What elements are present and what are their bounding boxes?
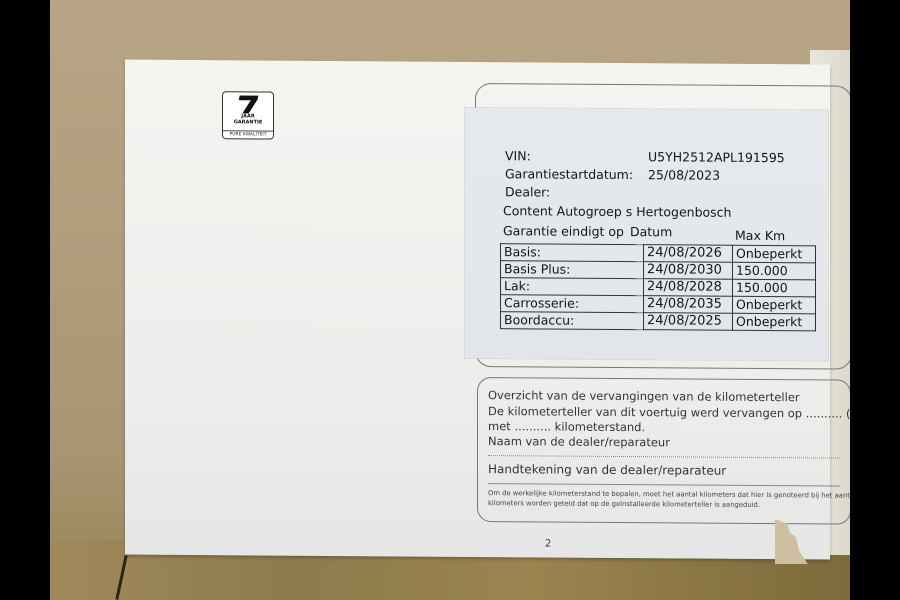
- table-header-type: Garantie eindigt op: [503, 223, 624, 239]
- logo-line1: JAAR GARANTIE: [229, 113, 267, 125]
- page-number: 2: [545, 538, 551, 549]
- warranty-type: Lak:: [501, 278, 644, 296]
- warranty-type: Basis:: [501, 244, 644, 262]
- odometer-line2: De kilometerteller van dit voertuig werd…: [488, 404, 850, 421]
- warranty-type: Carrosserie:: [501, 295, 644, 313]
- warranty-table: Basis:24/08/2026OnbeperktBasis Plus:24/0…: [500, 243, 816, 331]
- torn-page-corner: [775, 519, 835, 564]
- odometer-replacement-box: Overzicht van de vervangingen van de kil…: [477, 377, 850, 525]
- table-row: Basis:24/08/2026Onbeperkt: [501, 244, 816, 263]
- warranty-logo: 7 JAAR GARANTIE PURE KWALITEIT: [222, 91, 274, 139]
- odometer-title: Overzicht van de vervangingen van de kil…: [488, 388, 800, 404]
- table-row: Lak:24/08/2028150.000: [501, 278, 816, 297]
- end-date: 24/08/2026: [644, 245, 733, 263]
- odometer-line3: met .......... kilometerstand.: [488, 419, 645, 434]
- max-km: Onbeperkt: [733, 313, 816, 331]
- warranty-booklet-page: 7 JAAR GARANTIE PURE KWALITEIT VIN: U5YH…: [125, 60, 830, 560]
- date-blank: ..........: [806, 406, 843, 420]
- photo-background: 7 JAAR GARANTIE PURE KWALITEIT VIN: U5YH…: [50, 0, 850, 600]
- max-km: Onbeperkt: [733, 245, 816, 263]
- warranty-type: Basis Plus:: [501, 261, 644, 279]
- dealer-name-label: Naam van de dealer/reparateur: [488, 434, 670, 449]
- end-date: 24/08/2025: [644, 313, 733, 331]
- max-km: 150.000: [733, 262, 816, 280]
- logo-line2: PURE KWALITEIT: [223, 130, 273, 137]
- end-date: 24/08/2035: [644, 296, 733, 314]
- table-row: Boordaccu:24/08/2025Onbeperkt: [501, 312, 816, 331]
- start-date-value: 25/08/2023: [648, 167, 720, 183]
- max-km: Onbeperkt: [733, 296, 816, 314]
- line3-suffix: kilometerstand.: [555, 420, 645, 435]
- date-suffix: (datum): [846, 407, 850, 421]
- end-date: 24/08/2028: [644, 279, 733, 297]
- dealer-label: Dealer:: [505, 184, 550, 199]
- signature-label: Handtekening van de dealer/reparateur: [488, 462, 726, 478]
- vin-label: VIN:: [505, 148, 531, 163]
- vin-value: U5YH2512APL191595: [648, 149, 785, 165]
- table-row: Basis Plus:24/08/2030150.000: [501, 261, 816, 280]
- end-date: 24/08/2030: [644, 262, 733, 280]
- table-header-date: Datum: [630, 224, 672, 239]
- warranty-sticker: VIN: U5YH2512APL191595 Garantiestartdatu…: [465, 108, 828, 361]
- odometer-line2-text: De kilometerteller van dit voertuig werd…: [488, 404, 802, 420]
- table-header-km: Max Km: [735, 228, 785, 243]
- start-date-label: Garantiestartdatum:: [505, 166, 633, 182]
- line3-prefix: met: [488, 419, 511, 433]
- max-km: 150.000: [733, 279, 816, 297]
- km-blank: ..........: [514, 419, 551, 433]
- table-row: Carrosserie:24/08/2035Onbeperkt: [501, 295, 816, 314]
- dealer-name-line: [488, 455, 840, 458]
- footnote-line2: kilometers worden geteld dat op de geïns…: [488, 498, 760, 510]
- warranty-type: Boordaccu:: [501, 312, 644, 330]
- signature-line: [488, 483, 840, 486]
- dealer-value: Content Autogroep s Hertogenbosch: [503, 203, 731, 220]
